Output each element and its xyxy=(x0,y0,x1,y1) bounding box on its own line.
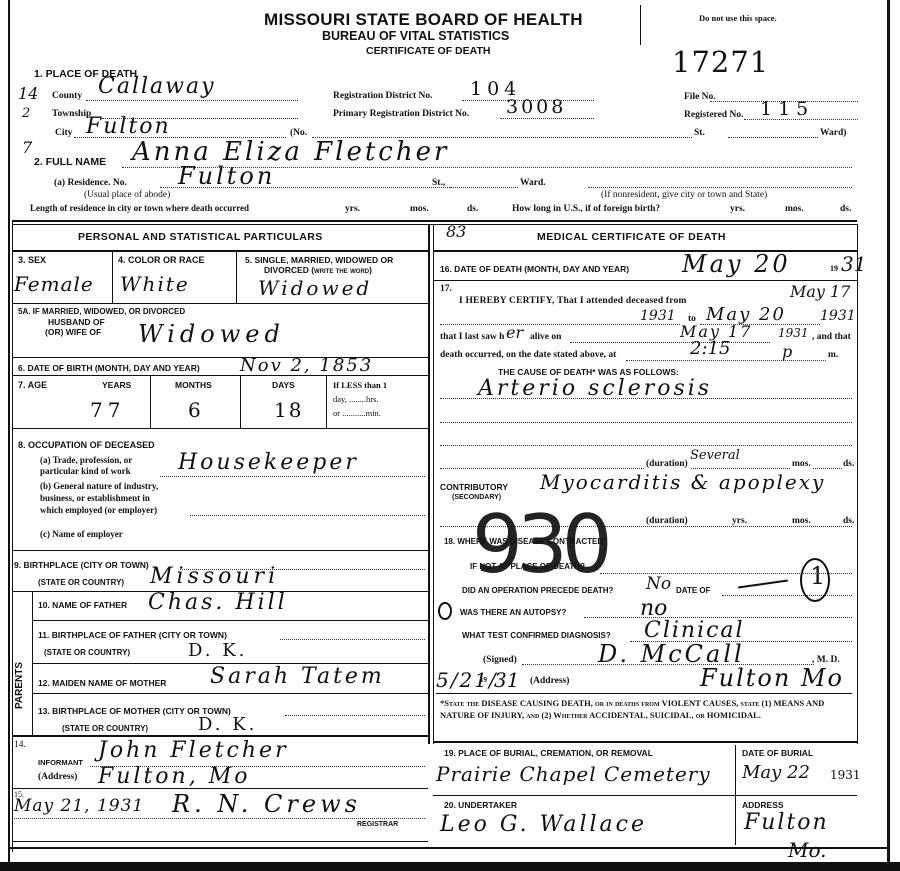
dod-year-prefix: 19 xyxy=(830,264,838,273)
office-note: Do not use this space. xyxy=(699,13,777,23)
cause-line-2[interactable] xyxy=(440,421,852,423)
registered-no-value: 115 xyxy=(760,98,814,120)
burial-line xyxy=(433,795,857,796)
foreign-yrs-label: yrs. xyxy=(730,204,745,214)
marital-label: 5. SINGLE, MARRIED, WIDOWED OR xyxy=(245,255,393,265)
less-than-day-hrs: day, ........hrs. xyxy=(333,394,378,404)
residence-ward-field[interactable] xyxy=(450,186,518,188)
spouse-label-2: HUSBAND OF xyxy=(48,317,105,327)
age-line xyxy=(12,428,428,429)
right-inner-border xyxy=(857,224,858,744)
dob-label: 6. DATE OF BIRTH (MONTH, DAY AND YEAR) xyxy=(18,363,200,373)
dob-value[interactable]: Nov 2, 1853 xyxy=(240,355,373,376)
occurred-label: death occurred, on the date stated above… xyxy=(440,350,616,360)
mother-birthplace-state-label: (STATE OR COUNTRY) xyxy=(62,724,148,733)
father-label: 10. NAME OF FATHER xyxy=(38,600,127,610)
county-field[interactable] xyxy=(86,99,298,101)
primary-registration-value: 3008 xyxy=(506,96,566,118)
registrar-label: REGISTRAR xyxy=(357,821,398,828)
sex-label: 3. SEX xyxy=(18,255,46,265)
personal-section-title: PERSONAL AND STATISTICAL PARTICULARS xyxy=(78,231,323,243)
time-field[interactable] xyxy=(626,359,826,361)
dod-value[interactable]: May 20 xyxy=(682,250,791,278)
operation-date-field[interactable] xyxy=(722,594,852,596)
marital-line xyxy=(12,303,428,304)
name-margin-code: 7 xyxy=(22,138,32,157)
undertaker-label: 20. UNDERTAKER xyxy=(444,800,517,810)
burial-date-label: DATE OF BURIAL xyxy=(742,748,813,758)
mother-birthplace-value[interactable]: D. K. xyxy=(198,714,257,735)
nonresident-note: (If nonresident, give city or town and S… xyxy=(601,190,767,200)
birthplace-value[interactable]: Missouri xyxy=(150,564,279,589)
signed-year-prefix: 19 xyxy=(480,676,487,684)
test-label: WHAT TEST CONFIRMED DIAGNOSIS? xyxy=(462,631,611,640)
undertaker-address-value-2[interactable]: Mo. xyxy=(788,838,827,862)
sex-divider xyxy=(112,251,113,303)
length-of-residence-label: Length of residence in city or town wher… xyxy=(30,203,249,213)
county-value: Callaway xyxy=(98,74,216,99)
months-divider xyxy=(240,376,241,428)
last-saw-label: that I last saw h xyxy=(440,332,504,342)
spouse-label: 5A. IF MARRIED, WIDOWED, OR DIVORCED xyxy=(18,307,185,316)
contributory-label: CONTRIBUTORY xyxy=(440,482,508,492)
city-value: Fulton xyxy=(86,114,171,139)
footnote: *State the DISEASE CAUSING DEATH, or in … xyxy=(440,697,860,721)
age-label: 7. AGE xyxy=(18,380,47,390)
section-divider xyxy=(12,220,857,222)
primary-registration-label: Primary Registration District No. xyxy=(333,109,469,119)
contributory-yrs-label: yrs. xyxy=(730,516,749,526)
contributory-mos-label: mos. xyxy=(790,516,813,526)
informant-line xyxy=(12,788,428,789)
bottom-band xyxy=(0,862,900,871)
father-birthplace-value[interactable]: D. K. xyxy=(188,640,247,661)
mother-label: 12. MAIDEN NAME OF MOTHER xyxy=(38,678,166,688)
informant-label: INFORMANT xyxy=(38,758,83,767)
alive-on-label: alive on xyxy=(530,332,561,342)
undertaker-value[interactable]: Leo G. Wallace xyxy=(440,812,647,837)
contributory-duration-label: (duration) xyxy=(644,516,690,526)
foreign-mos-label: mos. xyxy=(785,204,804,214)
years-label: YEARS xyxy=(102,380,131,390)
burial-place-label: 19. PLACE OF BURIAL, CREMATION, OR REMOV… xyxy=(444,748,653,758)
not-at-place-label: IF NOT AT PLACE OF DEATH? xyxy=(470,562,585,571)
months-value[interactable]: 6 xyxy=(188,398,201,422)
ampm-value[interactable]: p xyxy=(782,342,792,361)
father-line xyxy=(32,620,428,621)
circled-one-value: 1 xyxy=(810,562,825,590)
registrar-name[interactable]: R. N. Crews xyxy=(172,790,361,818)
section-divider-2 xyxy=(12,224,857,225)
attended-to-year[interactable]: 1931 xyxy=(820,308,856,324)
last-saw-line[interactable] xyxy=(570,341,770,343)
spouse-label-3: (OR) WIFE OF xyxy=(45,327,101,337)
cause-line-1[interactable] xyxy=(440,397,852,399)
signed-underline xyxy=(436,693,852,694)
occupation-line xyxy=(12,550,428,551)
father-birthplace-label: 11. BIRTHPLACE OF FATHER (CITY OR TOWN) xyxy=(38,630,227,640)
length-yrs-label: yrs. xyxy=(345,204,360,214)
mother-line xyxy=(32,693,428,694)
certificate-number: 17271 xyxy=(672,45,769,79)
time-value[interactable]: 2:15 xyxy=(690,338,730,359)
occupation-a-value: Housekeeper xyxy=(178,450,359,475)
occupation-a-field[interactable] xyxy=(160,475,425,477)
residence-ward-label: Ward. xyxy=(520,178,546,188)
race-divider xyxy=(236,251,237,303)
full-name-label: 2. FULL NAME xyxy=(34,156,106,168)
m-label: m. xyxy=(828,350,838,360)
race-label: 4. COLOR OR RACE xyxy=(118,255,205,265)
medical-section-title: MEDICAL CERTIFICATE OF DEATH xyxy=(537,231,726,243)
burial-place-value[interactable]: Prairie Chapel Cemetery xyxy=(436,762,711,786)
foreign-birth-label: How long in U.S., if of foreign birth? xyxy=(512,204,660,214)
father-birthplace-state-label: (STATE OR COUNTRY) xyxy=(44,648,130,657)
cause-duration-value[interactable]: Several xyxy=(690,448,740,463)
county-label: County xyxy=(52,91,82,101)
occupation-c-label: (c) Name of employer xyxy=(40,529,123,539)
office-box-divider xyxy=(640,5,641,45)
contracted-label: 18. WHERE WAS DISEASE CONTRACTED xyxy=(444,537,603,546)
and-that-label: , and that xyxy=(812,332,851,342)
birthplace-label: 9. BIRTHPLACE (CITY OR TOWN) xyxy=(14,560,149,570)
days-value[interactable]: 18 xyxy=(274,398,303,422)
informant-address-label: (Address) xyxy=(38,772,77,782)
medical-margin-mark: 83 xyxy=(446,222,466,241)
burial-date-value[interactable]: May 22 xyxy=(742,762,810,783)
cause-ds-label: ds. xyxy=(842,459,855,469)
street-st-label: St. xyxy=(694,128,705,138)
months-label: MONTHS xyxy=(175,380,212,390)
occupation-a-label: (a) Trade, profession, or xyxy=(40,455,132,465)
spouse-value[interactable]: Widowed xyxy=(138,320,285,348)
dob-line xyxy=(12,375,428,376)
marital-label-2: DIVORCED (write the word) xyxy=(264,265,372,275)
operation-date-label: DATE OF xyxy=(676,586,711,595)
informant-address-value[interactable]: Fulton, Mo xyxy=(98,764,250,789)
dod-label: 16. DATE OF DEATH (MONTH, DAY AND YEAR) xyxy=(440,264,629,274)
residence-sublabel: (Usual place of abode) xyxy=(84,190,170,200)
informant-value[interactable]: John Fletcher xyxy=(98,738,289,763)
last-saw-her[interactable]: er xyxy=(506,323,523,342)
length-mos-label: mos. xyxy=(410,204,429,214)
certify-number: 17. xyxy=(440,284,452,294)
dod-year-value[interactable]: 31 xyxy=(841,252,866,276)
medical-bottom-line xyxy=(433,741,857,743)
occupation-a-label-2: particular kind of work xyxy=(40,466,131,476)
column-divider-inner xyxy=(433,224,434,744)
registration-district-label: Registration District No. xyxy=(333,91,432,101)
page-title: MISSOURI STATE BOARD OF HEALTH xyxy=(264,10,583,30)
attended-from-value[interactable]: May 17 xyxy=(790,282,850,301)
certify-text: I HEREBY CERTIFY, That I attended deceas… xyxy=(459,296,687,306)
cause-duration-label: (duration) xyxy=(644,459,690,469)
occupation-b-field[interactable] xyxy=(190,514,425,516)
sex-value[interactable]: Female xyxy=(14,272,94,296)
operation-label: DID AN OPERATION PRECEDE DEATH? xyxy=(462,586,613,595)
ward-field[interactable] xyxy=(728,136,818,138)
mother-birthplace-city-field[interactable] xyxy=(285,714,425,716)
signed-label: (Signed) xyxy=(483,655,517,665)
foreign-ds-label: ds. xyxy=(840,204,851,214)
mother-value[interactable]: Sarah Tatem xyxy=(210,664,385,689)
occupation-label: 8. OCCUPATION OF DECEASED xyxy=(18,440,155,450)
signed-address-value[interactable]: Fulton Mo xyxy=(700,664,844,692)
city-label: City xyxy=(55,128,72,138)
undertaker-address-label: ADDRESS xyxy=(742,800,784,810)
days-label: DAYS xyxy=(272,380,295,390)
operation-value[interactable]: No xyxy=(646,574,671,594)
county-code: 14 xyxy=(18,84,38,103)
ward-label: Ward) xyxy=(820,128,846,138)
registrar-line xyxy=(12,841,428,842)
signed-year[interactable]: 31 xyxy=(494,668,519,692)
father-birthplace-city-field[interactable] xyxy=(280,638,425,640)
signed-address-label: (Address) xyxy=(530,676,569,686)
birthplace-state-label: (STATE OR COUNTRY) xyxy=(38,578,124,587)
column-divider xyxy=(428,224,430,744)
attended-from-year[interactable]: 1931 xyxy=(640,308,676,324)
residence-label: (a) Residence. No. xyxy=(54,178,127,188)
marital-value[interactable]: Widowed xyxy=(258,276,372,300)
undertaker-address-value[interactable]: Fulton xyxy=(744,810,829,835)
last-saw-year[interactable]: 1931 xyxy=(778,326,809,340)
contributory-value[interactable]: Myocarditis & apoplexy xyxy=(540,470,825,494)
medical-header-line xyxy=(433,250,857,252)
race-value[interactable]: White xyxy=(120,272,190,296)
cause-mos-label: mos. xyxy=(790,459,813,469)
residence-st-label: St., xyxy=(432,178,445,188)
autopsy-label: WAS THERE AN AUTOPSY? xyxy=(460,608,566,617)
less-than-day-label: If LESS than 1 xyxy=(333,380,387,390)
bottom-line xyxy=(8,847,888,849)
left-border xyxy=(8,0,10,871)
parents-label: PARENTS xyxy=(14,662,25,709)
signed-date[interactable]: 5/21/ xyxy=(436,668,498,692)
registrar-field[interactable] xyxy=(14,817,425,819)
document-type: CERTIFICATE OF DEATH xyxy=(366,45,490,57)
township-code: 2 xyxy=(22,106,30,121)
cause-line-3[interactable] xyxy=(440,444,852,446)
occupation-b-label-3: which employed (or employer) xyxy=(40,505,157,515)
informant-number: 14. xyxy=(14,740,26,750)
occupation-b-label-2: business, or establishment in xyxy=(40,493,150,503)
parents-bottom-line xyxy=(12,735,428,737)
circle-margin-mark xyxy=(438,602,452,620)
occupation-b-label: (b) General nature of industry, xyxy=(40,481,158,491)
contributory-ds-label: ds. xyxy=(842,516,855,526)
father-value[interactable]: Chas. Hill xyxy=(148,590,288,615)
days-divider xyxy=(326,376,327,428)
page-subtitle: BUREAU OF VITAL STATISTICS xyxy=(322,29,509,43)
filed-date[interactable]: May 21, 1931 xyxy=(14,796,144,816)
left-border-inner xyxy=(12,222,13,852)
right-border xyxy=(887,0,890,871)
years-divider xyxy=(150,376,151,428)
years-value[interactable]: 77 xyxy=(90,398,125,422)
burial-date-year[interactable]: 1931 xyxy=(830,768,861,782)
length-ds-label: ds. xyxy=(467,204,478,214)
nonresident-field[interactable] xyxy=(588,186,852,188)
dod-line xyxy=(433,280,857,281)
residence-value: Fulton xyxy=(178,162,275,190)
registered-no-label: Registered No. xyxy=(684,110,743,120)
less-than-day-min: or ...........min. xyxy=(333,408,381,418)
personal-header-line xyxy=(12,250,428,252)
arrow-mark-icon xyxy=(738,580,788,589)
